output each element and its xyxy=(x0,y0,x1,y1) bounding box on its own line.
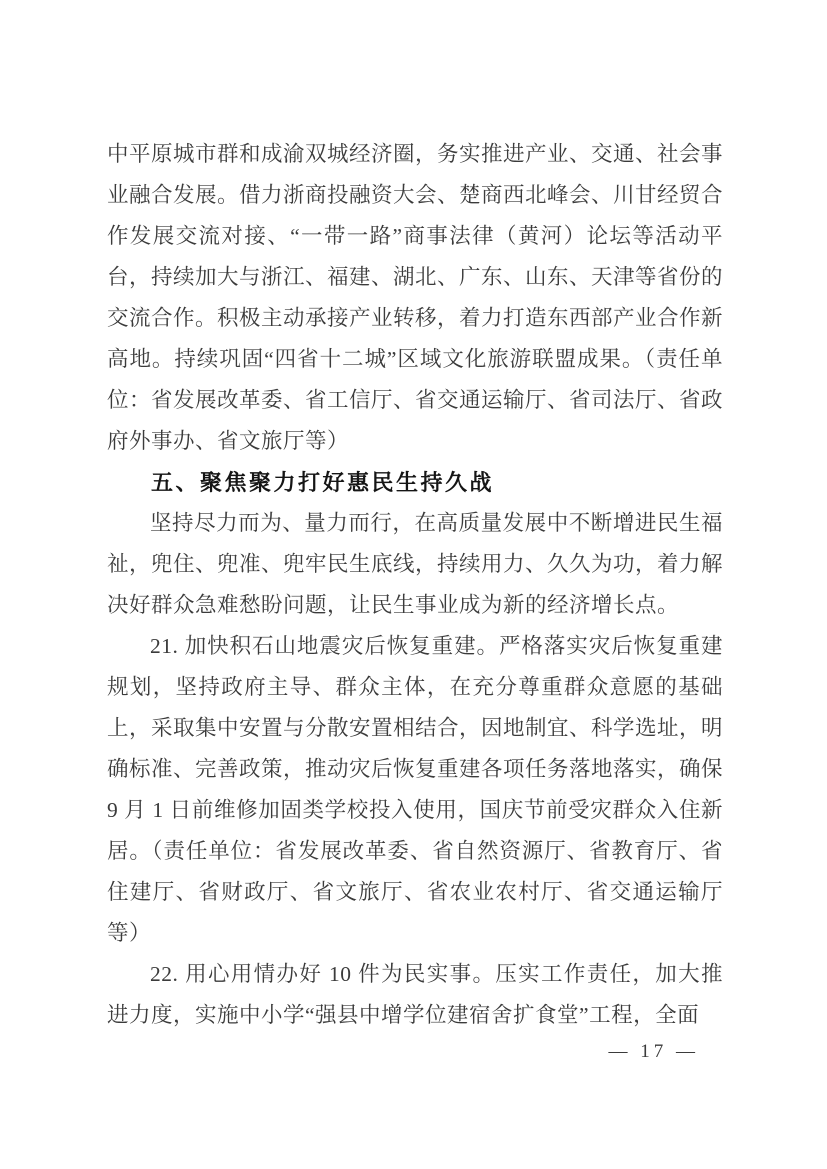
page-number: — 17 — xyxy=(609,1041,700,1062)
paragraph-intro: 坚持尽力而为、量力而行，在高质量发展中不断增进民生福祉，兜住、兜准、兜牢民生底线… xyxy=(107,503,723,626)
paragraph-item-22: 22. 用心用情办好 10 件为民实事。压实工作责任，加大推进力度，实施中小学“… xyxy=(107,954,723,1036)
page-footer: — 17 — xyxy=(609,1031,700,1072)
paragraph-item-21: 21. 加快积石山地震灾后恢复重建。严格落实灾后恢复重建规划，坚持政府主导、群众… xyxy=(107,626,723,954)
paragraph-continuation: 中平原城市群和成渝双城经济圈，务实推进产业、交通、社会事业融合发展。借力浙商投融… xyxy=(107,134,723,462)
document-page: 中平原城市群和成渝双城经济圈，务实推进产业、交通、社会事业融合发展。借力浙商投融… xyxy=(0,0,827,1169)
document-body: 中平原城市群和成渝双城经济圈，务实推进产业、交通、社会事业融合发展。借力浙商投融… xyxy=(107,134,723,1036)
section-heading: 五、聚焦聚力打好惠民生持久战 xyxy=(107,462,723,503)
